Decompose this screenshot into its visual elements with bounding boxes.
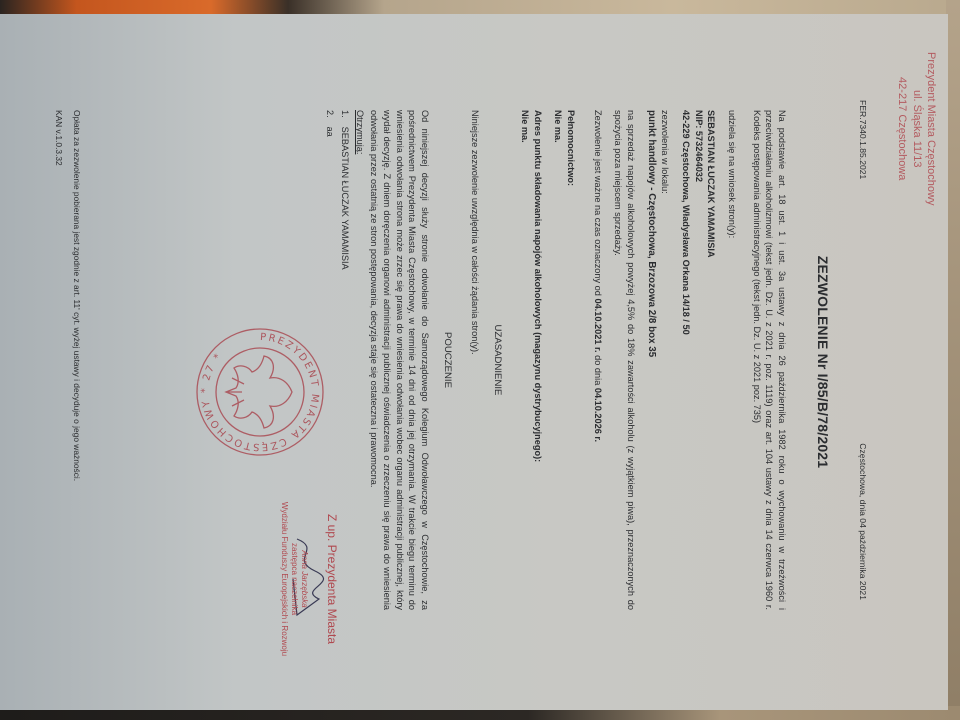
validity-middle: do dnia <box>593 353 603 388</box>
party-nip: NIP: 5732464032 <box>692 110 705 610</box>
signature-block: Z up. Prezydenta Miasta Anna Jarzębska z… <box>279 484 340 674</box>
instruction-heading: POUCZENIE <box>441 110 454 610</box>
permit-document: Prezydent Miasta Częstochowy ul. Śląska … <box>0 14 948 710</box>
validity-from: 04.10.2021 r. <box>593 298 603 352</box>
premises-label: zezwolenia w lokalu: <box>659 110 672 610</box>
issuer-stamp-line3: 42-217 Częstochowa <box>895 52 909 205</box>
recipient-number: 1. <box>338 110 351 124</box>
seal-text: PREZYDENT MIASTA CZĘSTOCHOWY * 27 * <box>200 332 320 452</box>
justification-heading: UZASADNIENIE <box>491 110 504 610</box>
storage-address-value: Nie ma. <box>518 110 531 610</box>
signatory-department: Wydziału Funduszy Europejskich i Rozwoju <box>279 484 289 674</box>
case-reference: FER.7340.1.85.2021 <box>856 100 868 179</box>
instruction-text: Od niniejszej decyzji służy stronie odwo… <box>368 110 431 610</box>
background-table-right <box>946 0 960 720</box>
signature-on-behalf: Z up. Prezydenta Miasta <box>323 484 340 674</box>
recipient-item: 1. SEBASTIAN ŁUCZAK YAMAMISIA <box>338 110 351 610</box>
recipient-name: SEBASTIAN ŁUCZAK YAMAMISIA <box>340 127 350 270</box>
software-version: KAN v.1.0.3.32 <box>53 110 65 610</box>
power-of-attorney-value: Nie ma. <box>552 110 565 610</box>
document-footer: Opłata za zezwolenie pobierana jest zgod… <box>47 110 82 610</box>
validity-prefix: Zezwolenie jest ważne na czas oznaczony … <box>593 110 603 298</box>
official-seal-icon: PREZYDENT MIASTA CZĘSTOCHOWY * 27 * <box>194 326 326 458</box>
document-title: ZEZWOLENIE Nr I/85/B/78/2021 <box>813 14 832 710</box>
justification-text: Niniejsze zezwolenie uwzględnia w całośc… <box>468 110 481 610</box>
document-body: Na podstawie art. 18 ust. 1 i ust. 3a us… <box>324 110 788 610</box>
validity-period: Zezwolenie jest ważne na czas oznaczony … <box>591 110 604 610</box>
recipient-number: 2. <box>324 110 337 124</box>
legal-basis: Na podstawie art. 18 ust. 1 i ust. 3a us… <box>750 110 788 610</box>
premises: punkt handlowy - Częstochowa, Brzozowa 2… <box>645 110 659 610</box>
storage-address-label: Adres punktu składowania napojów alkohol… <box>531 110 544 610</box>
permit-scope: na sprzedaż napojów alkoholowych powyżej… <box>612 110 637 610</box>
svg-text:PREZYDENT MIASTA CZĘSTOCHOWY *: PREZYDENT MIASTA CZĘSTOCHOWY * 27 * <box>200 332 320 452</box>
power-of-attorney-label: Pełnomocnictwo: <box>564 110 577 610</box>
signatory-name: Anna Jarzębska <box>299 484 309 674</box>
party-name: SEBASTIAN ŁUCZAK YAMAMISIA <box>705 110 718 610</box>
recipient-name: aa <box>325 127 335 137</box>
validity-to: 04.10.2026 r. <box>593 388 603 442</box>
fee-note: Opłata za zezwolenie pobierana jest zgod… <box>70 110 82 610</box>
issuer-stamp-line1: Prezydent Miasta Częstochowy <box>924 52 938 205</box>
document-sheet: Prezydent Miasta Częstochowy ul. Śląska … <box>0 14 948 710</box>
place-date: Częstochowa, dnia 04 października 2021 <box>856 443 868 600</box>
party-address: 42-229 Częstochowa, Władysława Orkana 14… <box>679 110 692 610</box>
issuer-stamp-line2: ul. Śląska 11/13 <box>909 52 923 205</box>
grant-intro: udziela się na wniosek stron(y): <box>725 110 738 610</box>
recipients-label: Otrzymują: <box>353 110 366 610</box>
signatory-position: zastępca naczelnika <box>289 484 299 674</box>
issuer-stamp: Prezydent Miasta Częstochowy ul. Śląska … <box>895 52 938 205</box>
